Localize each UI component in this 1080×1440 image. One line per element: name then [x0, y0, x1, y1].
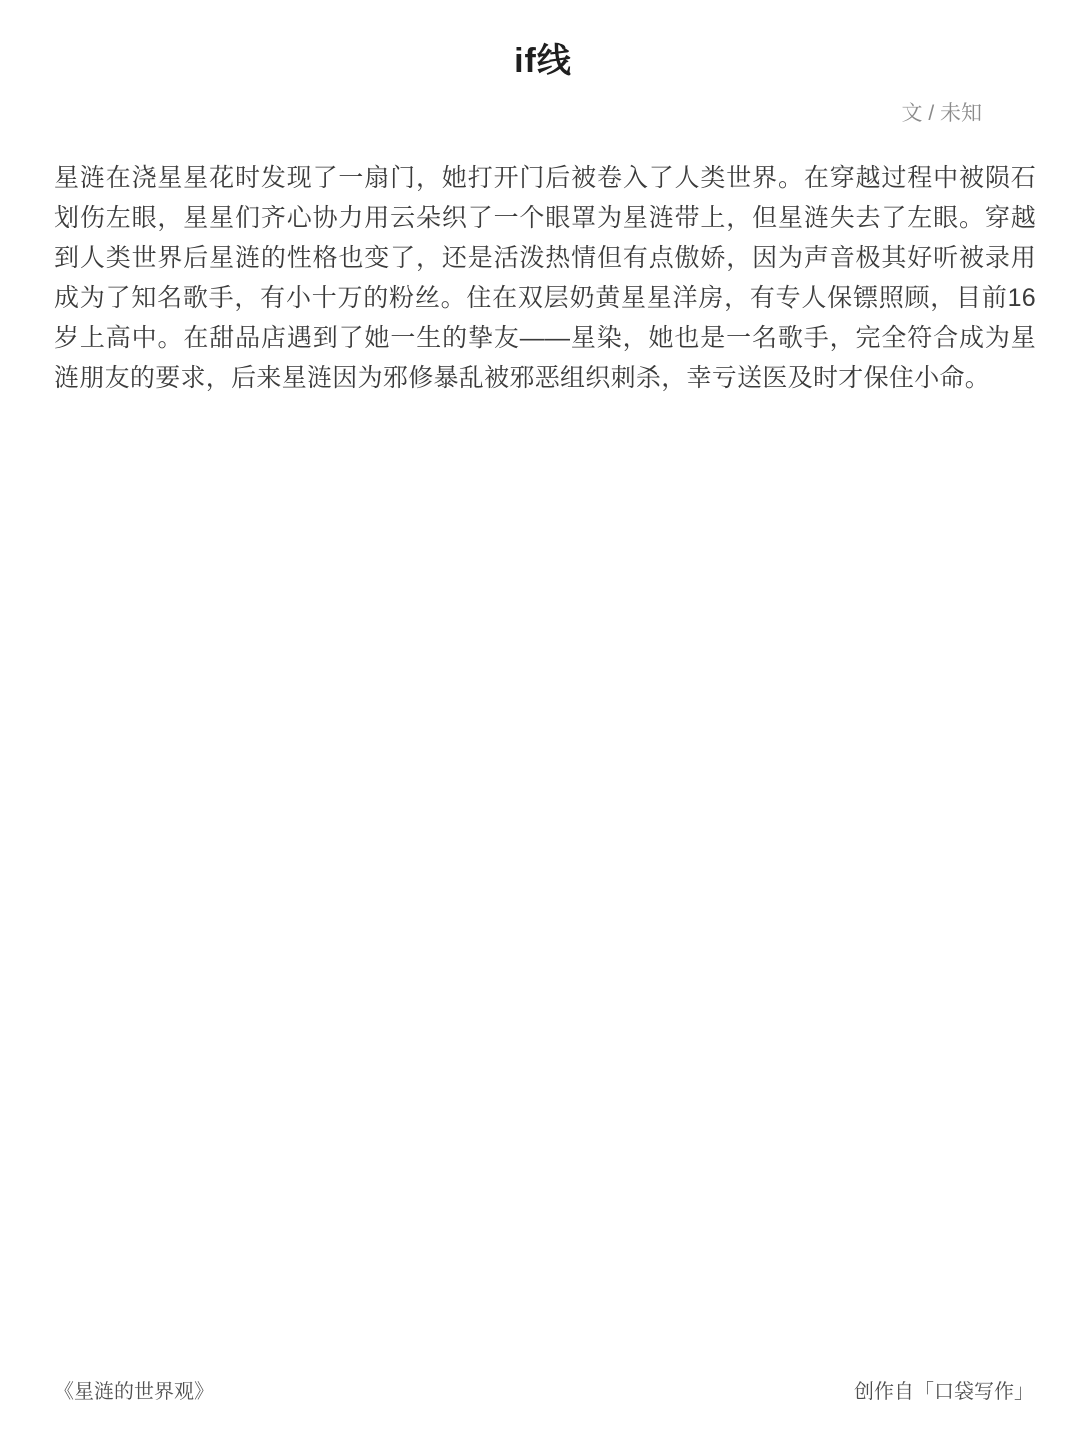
- page-title: if线: [54, 42, 1032, 80]
- page-footer: 《星涟的世界观》 创作自「口袋写作」: [54, 1380, 1034, 1404]
- footer-app-credit: 创作自「口袋写作」: [854, 1380, 1034, 1404]
- footer-book-title: 《星涟的世界观》: [54, 1380, 214, 1404]
- author-byline: 文 / 未知: [54, 102, 1032, 126]
- document-page: if线 文 / 未知 星涟在浇星星花时发现了一扇门，她打开门后被卷入了人类世界。…: [0, 0, 1080, 1440]
- body-paragraph: 星涟在浇星星花时发现了一扇门，她打开门后被卷入了人类世界。在穿越过程中被陨石划伤…: [54, 158, 1036, 398]
